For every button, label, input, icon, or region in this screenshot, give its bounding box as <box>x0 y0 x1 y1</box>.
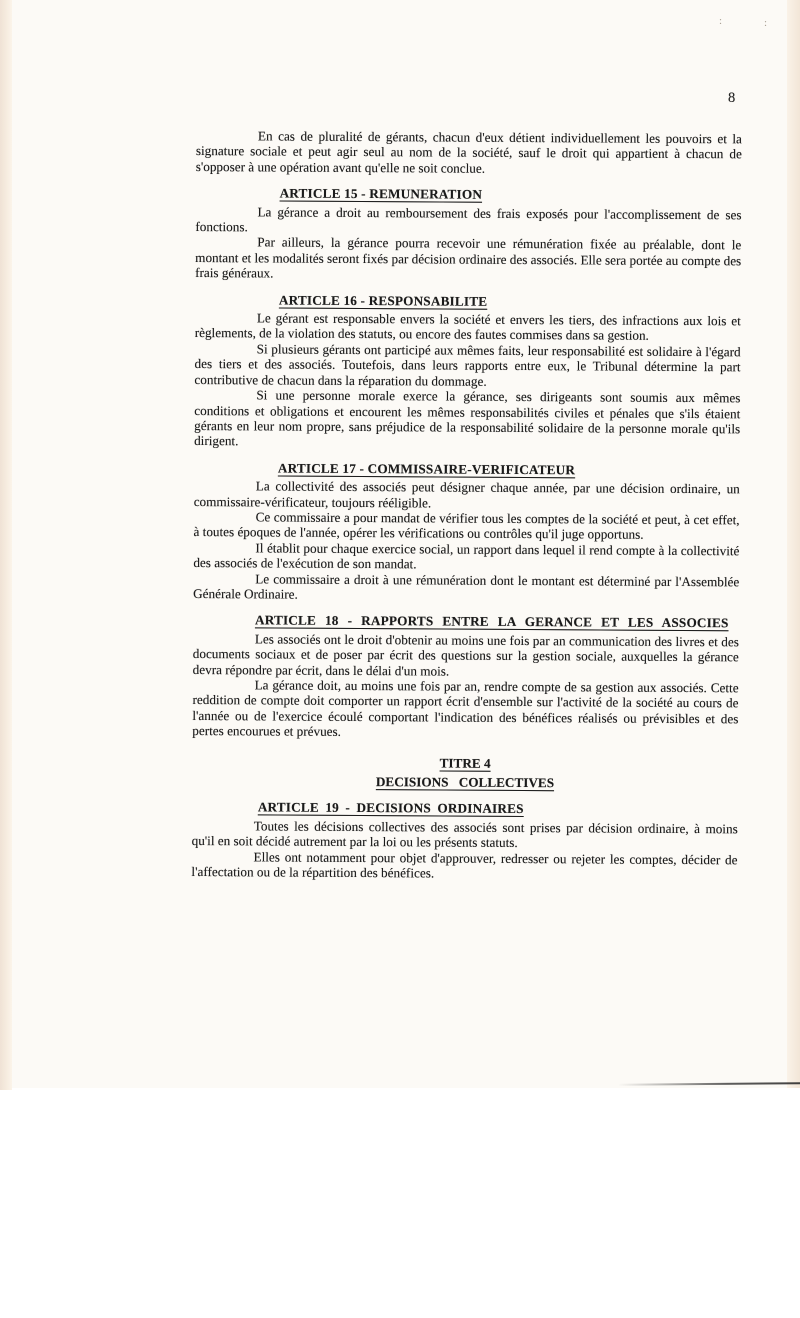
article-16-heading: ARTICLE 16 - RESPONSABILITE <box>195 292 741 311</box>
scan-left-edge <box>0 0 12 1090</box>
document-paragraph: Elles ont notamment pour objet d'approuv… <box>191 849 737 883</box>
document-paragraph: En cas de pluralité de gérants, chacun d… <box>196 128 742 178</box>
document-paragraph: Les associés ont le droit d'obtenir au m… <box>193 631 739 681</box>
scan-speck: : <box>764 18 768 29</box>
document-paragraph: Toutes les décisions collectives des ass… <box>192 818 738 852</box>
scanned-document-image: : : 8 En cas de pluralité de gérants, ch… <box>0 0 800 1318</box>
page-number: 8 <box>728 90 735 107</box>
titre-4-heading: TITRE 4 <box>192 754 738 773</box>
document-paragraph: Par ailleurs, la gérance pourra recevoir… <box>195 234 741 284</box>
scan-speck: : <box>719 16 723 27</box>
document-paragraph: Il établit pour chaque exercice social, … <box>193 540 739 574</box>
article-18-heading: ARTICLE 18 - RAPPORTS ENTRE LA GERANCE E… <box>193 612 739 631</box>
document-paragraph: La collectivité des associés peut désign… <box>194 478 740 512</box>
document-paragraph: Le gérant est responsable envers la soci… <box>195 310 741 344</box>
article-19-heading: ARTICLE 19 - DECISIONS ORDINAIRES <box>192 799 738 818</box>
document-paragraph: Le commissaire a droit à une rémunératio… <box>193 571 739 605</box>
document-paragraph: La gérance a droit au remboursement des … <box>195 204 741 238</box>
article-17-heading: ARTICLE 17 - COMMISSAIRE-VERIFICATEUR <box>194 460 740 479</box>
decisions-collectives-heading: DECISIONS COLLECTIVES <box>192 773 738 792</box>
scan-right-edge <box>787 0 800 1088</box>
document-paragraph: La gérance doit, au moins une fois par a… <box>192 677 738 742</box>
document-paragraph: Si une personne morale exerce la gérance… <box>194 387 740 452</box>
article-15-heading: ARTICLE 15 - REMUNERATION <box>196 185 742 204</box>
document-paragraph: Si plusieurs gérants ont participé aux m… <box>194 341 740 391</box>
document-body: En cas de pluralité de gérants, chacun d… <box>191 128 742 883</box>
document-paragraph: Ce commissaire a pour mandat de vérifier… <box>193 509 739 543</box>
